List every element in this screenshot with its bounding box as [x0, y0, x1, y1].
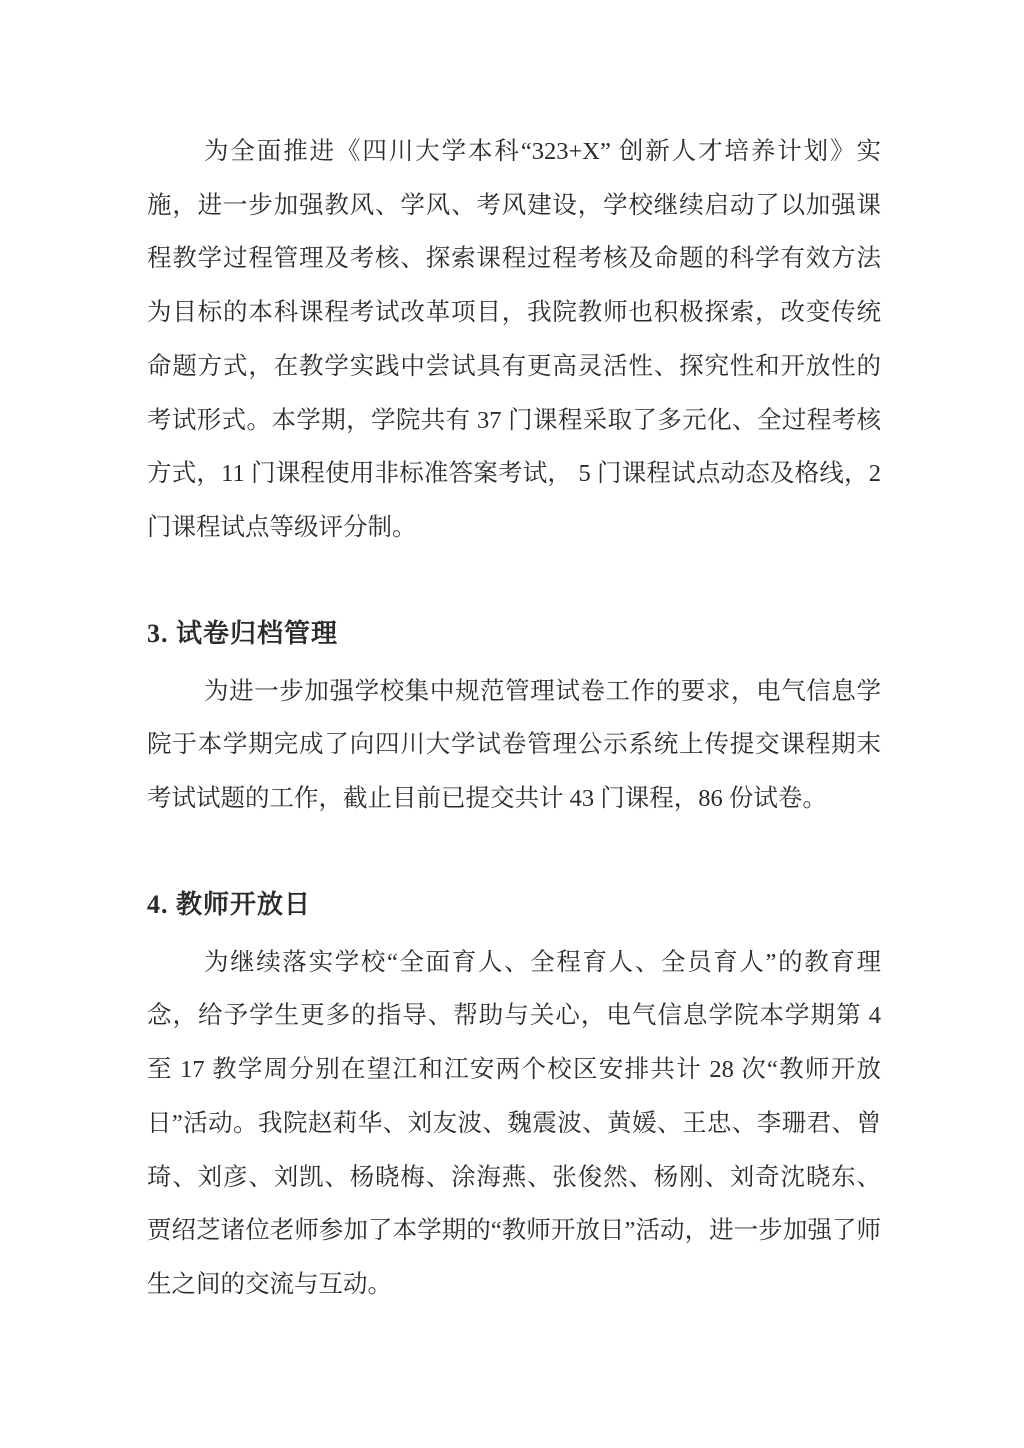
document-content: 为全面推进《四川大学本科“323+X” 创新人才培养计划》实施，进一步加强教风、… [0, 0, 1024, 1312]
paragraph-exam-paper-archiving: 为进一步加强学校集中规范管理试卷工作的要求，电气信息学院于本学期完成了向四川大学… [147, 665, 881, 826]
section-heading-teacher-open-day: 4. 教师开放日 [147, 878, 881, 932]
section-heading-exam-paper-archiving: 3. 试卷归档管理 [147, 607, 881, 661]
paragraph-teacher-open-day: 为继续落实学校“全面育人、全程育人、全员育人”的教育理念，给予学生更多的指导、帮… [147, 936, 881, 1312]
paragraph-exam-reform: 为全面推进《四川大学本科“323+X” 创新人才培养计划》实施，进一步加强教风、… [147, 125, 881, 555]
document-page: 为全面推进《四川大学本科“323+X” 创新人才培养计划》实施，进一步加强教风、… [0, 0, 1024, 1448]
